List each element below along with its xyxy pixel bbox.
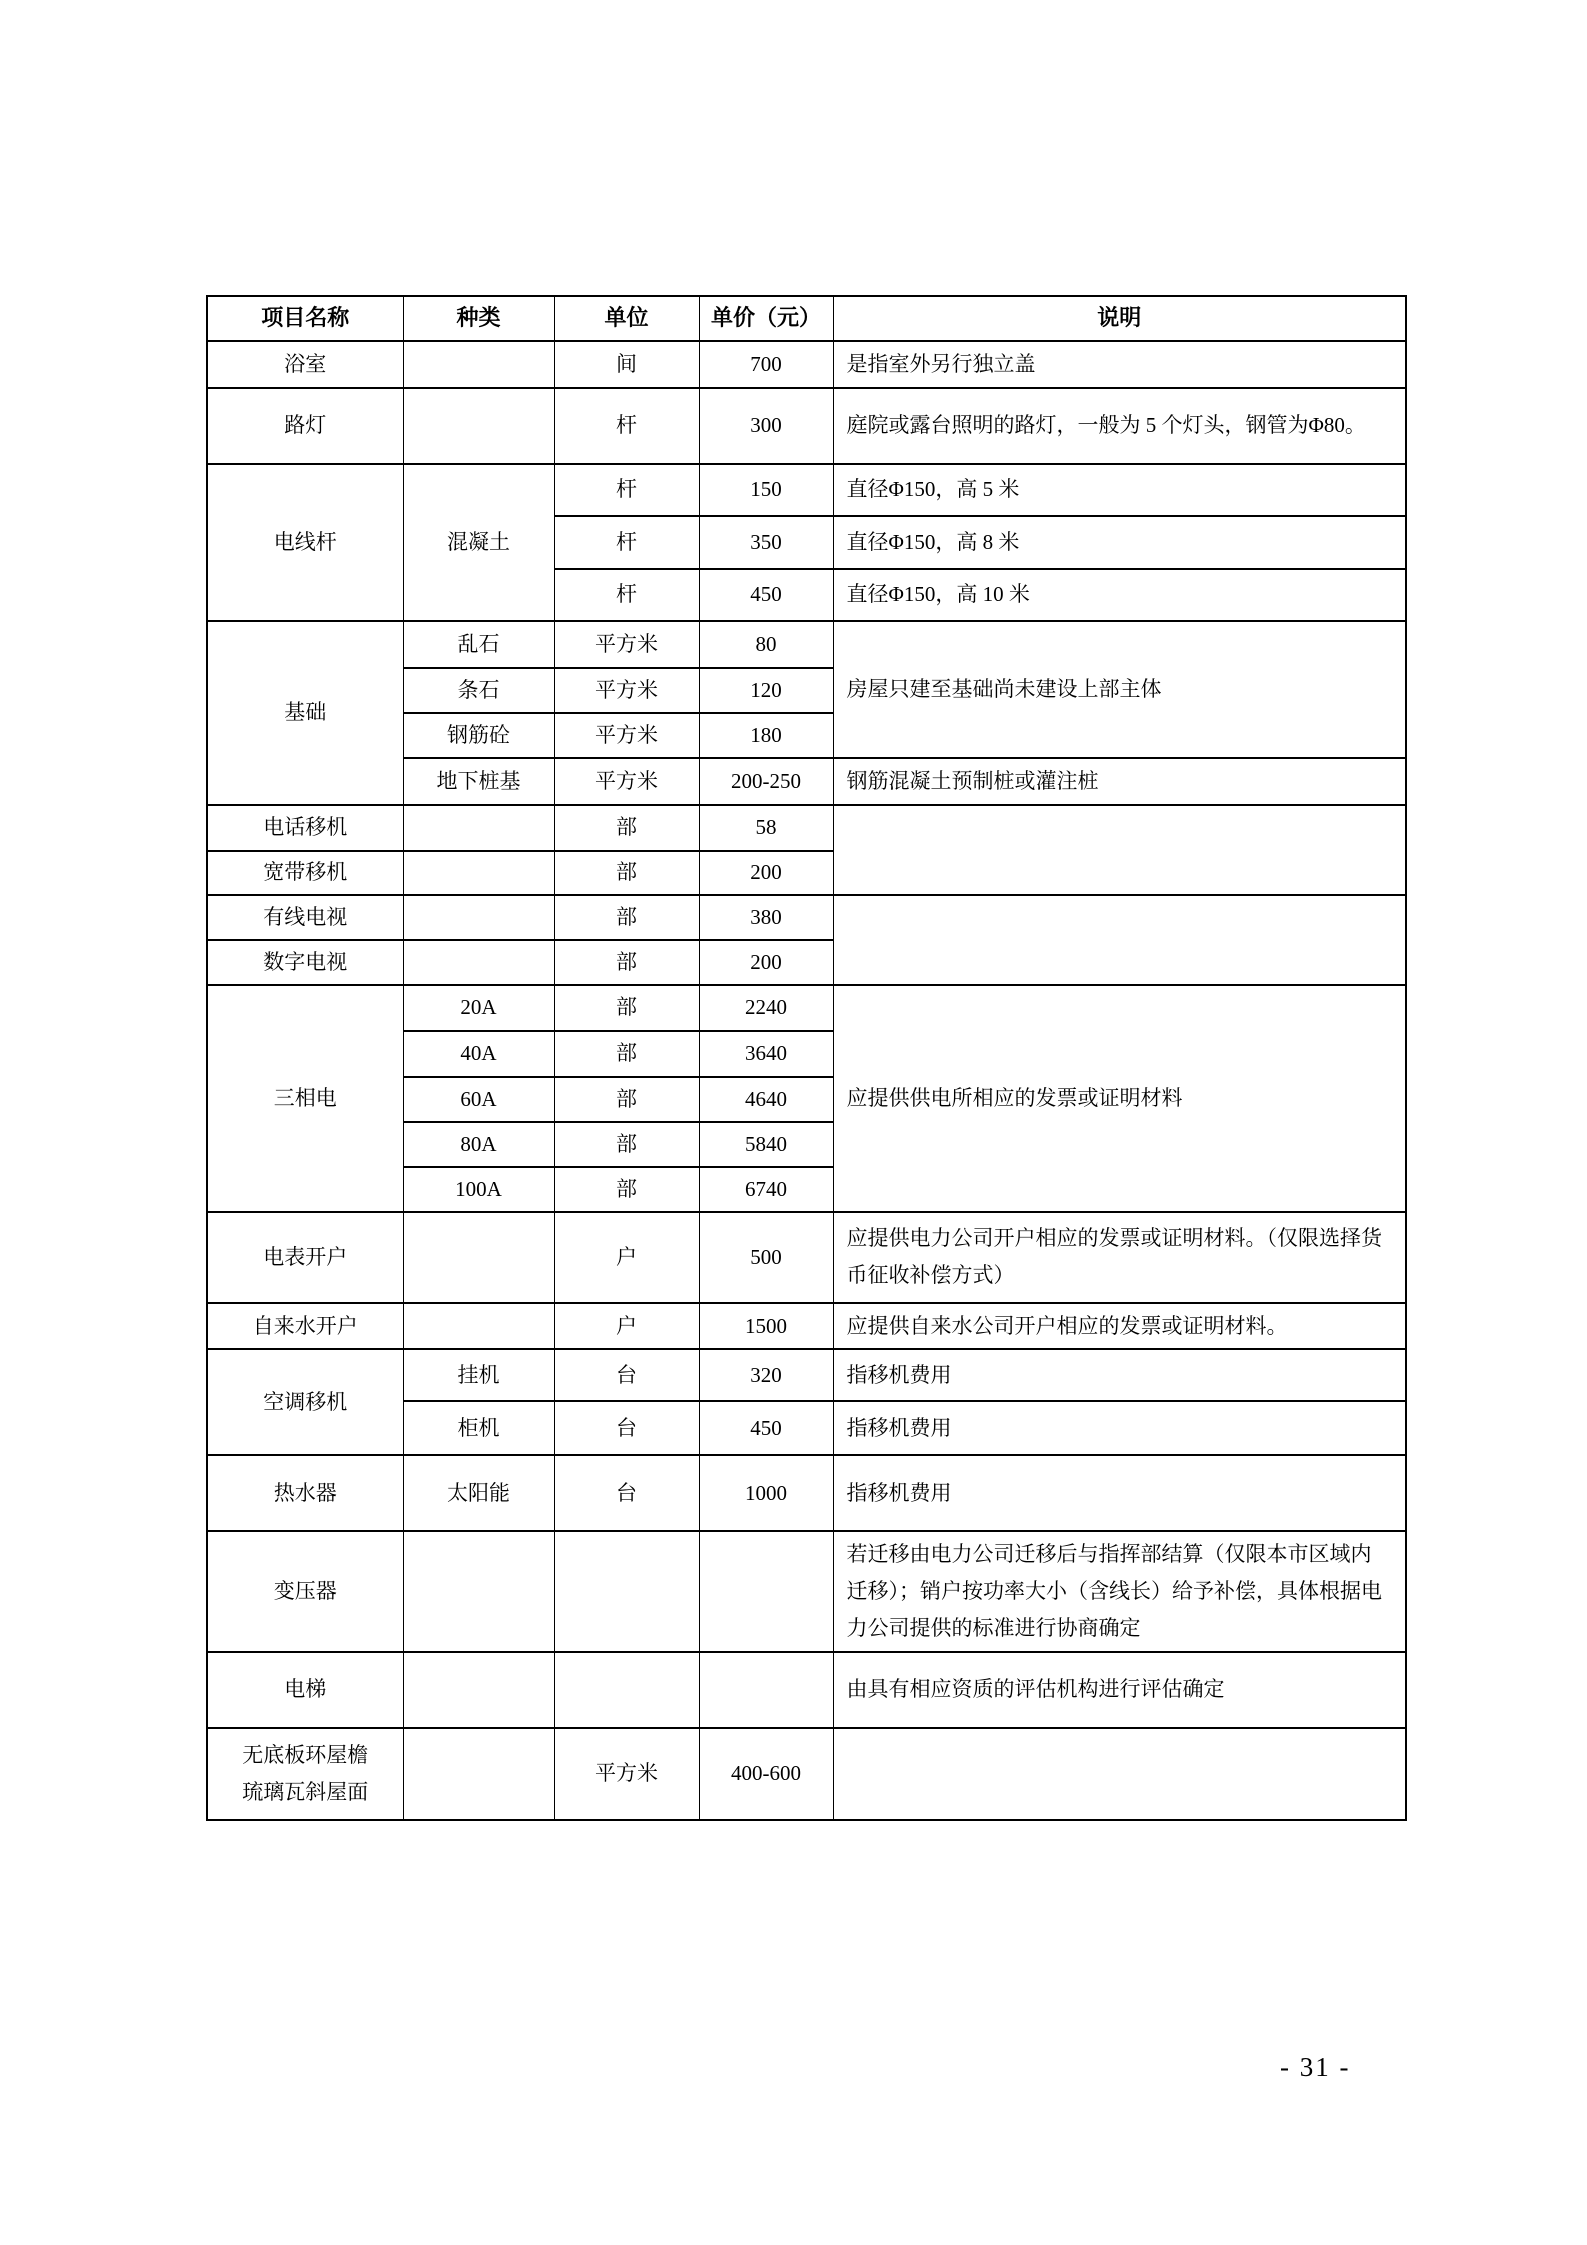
price-table-head: 项目名称 种类 单位 单价（元） 说明: [207, 296, 1406, 341]
table-cell: 宽带移机: [207, 851, 403, 895]
table-cell: 浴室: [207, 341, 403, 388]
table-cell: 由具有相应资质的评估机构进行评估确定: [833, 1652, 1406, 1728]
table-cell: 200-250: [699, 758, 833, 805]
table-cell: 杆: [554, 516, 699, 569]
column-header-notes: 说明: [833, 296, 1406, 341]
document-page: 项目名称 种类 单位 单价（元） 说明 浴室间700是指室外另行独立盖路灯杆30…: [0, 0, 1587, 2245]
table-cell: 部: [554, 985, 699, 1031]
price-table: 项目名称 种类 单位 单价（元） 说明 浴室间700是指室外另行独立盖路灯杆30…: [206, 295, 1407, 1821]
table-cell: [403, 1303, 554, 1350]
table-cell: 120: [699, 668, 833, 713]
table-cell: 基础: [207, 621, 403, 805]
table-cell: 若迁移由电力公司迁移后与指挥部结算（仅限本市区域内迁移）；销户按功率大小（含线长…: [833, 1531, 1406, 1651]
table-cell: 平方米: [554, 668, 699, 713]
table-cell: 无底板环屋檐琉璃瓦斜屋面: [207, 1728, 403, 1820]
table-cell: 40A: [403, 1031, 554, 1077]
table-cell: 平方米: [554, 758, 699, 805]
table-cell: [403, 851, 554, 895]
column-header-item-name: 项目名称: [207, 296, 403, 341]
table-cell: 路灯: [207, 388, 403, 464]
table-cell: 应提供自来水公司开户相应的发票或证明材料。: [833, 1303, 1406, 1350]
page-number: - 31 -: [1280, 2052, 1350, 2083]
header-row: 项目名称 种类 单位 单价（元） 说明: [207, 296, 1406, 341]
table-cell: 6740: [699, 1167, 833, 1212]
table-cell: 2240: [699, 985, 833, 1031]
table-cell: 自来水开户: [207, 1303, 403, 1350]
table-row: 有线电视部380: [207, 895, 1406, 940]
table-cell: 台: [554, 1349, 699, 1401]
table-cell: 杆: [554, 464, 699, 516]
table-cell: [833, 805, 1406, 895]
table-cell: 1000: [699, 1455, 833, 1531]
table-cell: 钢筋砼: [403, 713, 554, 758]
table-cell: 200: [699, 940, 833, 985]
table-cell: [403, 805, 554, 851]
table-cell: 100A: [403, 1167, 554, 1212]
table-cell: 指移机费用: [833, 1455, 1406, 1531]
table-cell: 平方米: [554, 621, 699, 668]
table-cell: 部: [554, 895, 699, 940]
table-cell: 有线电视: [207, 895, 403, 940]
table-cell: 部: [554, 1031, 699, 1077]
table-cell: 电线杆: [207, 464, 403, 621]
table-cell: 700: [699, 341, 833, 388]
table-cell: 320: [699, 1349, 833, 1401]
table-cell: [403, 940, 554, 985]
table-cell: 指移机费用: [833, 1401, 1406, 1455]
table-cell: 热水器: [207, 1455, 403, 1531]
table-row: 电表开户户500应提供电力公司开户相应的发票或证明材料。（仅限选择货币征收补偿方…: [207, 1212, 1406, 1303]
table-cell: 直径Φ150，高 10 米: [833, 569, 1406, 621]
table-cell: 350: [699, 516, 833, 569]
table-cell: 部: [554, 1122, 699, 1167]
table-cell: 杆: [554, 388, 699, 464]
table-cell: 450: [699, 1401, 833, 1455]
table-cell: 指移机费用: [833, 1349, 1406, 1401]
table-cell: 60A: [403, 1077, 554, 1122]
table-cell: [554, 1531, 699, 1651]
table-row: 自来水开户户1500应提供自来水公司开户相应的发票或证明材料。: [207, 1303, 1406, 1350]
table-cell: 太阳能: [403, 1455, 554, 1531]
table-cell: 混凝土: [403, 464, 554, 621]
table-cell: 直径Φ150，高 8 米: [833, 516, 1406, 569]
table-cell: 58: [699, 805, 833, 851]
table-cell: [554, 1652, 699, 1728]
table-cell: 平方米: [554, 1728, 699, 1820]
table-cell: 200: [699, 851, 833, 895]
table-cell: 电话移机: [207, 805, 403, 851]
table-cell: 部: [554, 1077, 699, 1122]
table-cell: 户: [554, 1212, 699, 1303]
table-cell: 应提供供电所相应的发票或证明材料: [833, 985, 1406, 1212]
table-cell: [833, 895, 1406, 985]
table-cell: [403, 341, 554, 388]
table-cell: 柜机: [403, 1401, 554, 1455]
table-cell: [403, 1728, 554, 1820]
table-cell: 150: [699, 464, 833, 516]
table-cell: 直径Φ150，高 5 米: [833, 464, 1406, 516]
table-cell: 三相电: [207, 985, 403, 1212]
price-table-body: 浴室间700是指室外另行独立盖路灯杆300庭院或露台照明的路灯，一般为 5 个灯…: [207, 341, 1406, 1820]
table-cell: 电梯: [207, 1652, 403, 1728]
table-cell: 180: [699, 713, 833, 758]
table-row: 路灯杆300庭院或露台照明的路灯，一般为 5 个灯头，钢管为Φ80。: [207, 388, 1406, 464]
table-cell: 空调移机: [207, 1349, 403, 1455]
table-cell: 部: [554, 851, 699, 895]
table-row: 基础乱石平方米80房屋只建至基础尚未建设上部主体: [207, 621, 1406, 668]
table-cell: 80A: [403, 1122, 554, 1167]
table-cell: 户: [554, 1303, 699, 1350]
table-cell: 300: [699, 388, 833, 464]
table-cell: 应提供电力公司开户相应的发票或证明材料。（仅限选择货币征收补偿方式）: [833, 1212, 1406, 1303]
table-cell: 500: [699, 1212, 833, 1303]
table-cell: 部: [554, 1167, 699, 1212]
table-row: 浴室间700是指室外另行独立盖: [207, 341, 1406, 388]
table-cell: 电表开户: [207, 1212, 403, 1303]
table-row: 空调移机挂机台320指移机费用: [207, 1349, 1406, 1401]
table-cell: 450: [699, 569, 833, 621]
table-cell: 数字电视: [207, 940, 403, 985]
table-cell: 地下桩基: [403, 758, 554, 805]
table-cell: 台: [554, 1455, 699, 1531]
table-cell: [403, 1212, 554, 1303]
table-cell: 部: [554, 805, 699, 851]
table-cell: 台: [554, 1401, 699, 1455]
table-cell: [699, 1531, 833, 1651]
table-row: 无底板环屋檐琉璃瓦斜屋面平方米400-600: [207, 1728, 1406, 1820]
table-cell: 乱石: [403, 621, 554, 668]
table-row: 电话移机部58: [207, 805, 1406, 851]
table-cell: 3640: [699, 1031, 833, 1077]
table-row: 电梯由具有相应资质的评估机构进行评估确定: [207, 1652, 1406, 1728]
table-cell: 钢筋混凝土预制桩或灌注桩: [833, 758, 1406, 805]
table-cell: 400-600: [699, 1728, 833, 1820]
table-cell: 5840: [699, 1122, 833, 1167]
table-cell: 变压器: [207, 1531, 403, 1651]
table-cell: 380: [699, 895, 833, 940]
table-row: 变压器若迁移由电力公司迁移后与指挥部结算（仅限本市区域内迁移）；销户按功率大小（…: [207, 1531, 1406, 1651]
table-cell: 部: [554, 940, 699, 985]
table-cell: 20A: [403, 985, 554, 1031]
table-row: 热水器太阳能台1000指移机费用: [207, 1455, 1406, 1531]
table-cell: [403, 895, 554, 940]
table-cell: [833, 1728, 1406, 1820]
column-header-unit-price: 单价（元）: [699, 296, 833, 341]
table-cell: 4640: [699, 1077, 833, 1122]
table-row: 三相电20A部2240应提供供电所相应的发票或证明材料: [207, 985, 1406, 1031]
column-header-unit: 单位: [554, 296, 699, 341]
table-cell: 间: [554, 341, 699, 388]
table-cell: 是指室外另行独立盖: [833, 341, 1406, 388]
table-cell: 80: [699, 621, 833, 668]
table-cell: [403, 388, 554, 464]
column-header-category: 种类: [403, 296, 554, 341]
table-cell: 平方米: [554, 713, 699, 758]
table-cell: [699, 1652, 833, 1728]
table-cell: 杆: [554, 569, 699, 621]
table-cell: 房屋只建至基础尚未建设上部主体: [833, 621, 1406, 758]
table-cell: 挂机: [403, 1349, 554, 1401]
table-cell: [403, 1652, 554, 1728]
table-cell: 庭院或露台照明的路灯，一般为 5 个灯头，钢管为Φ80。: [833, 388, 1406, 464]
table-row: 电线杆混凝土杆150直径Φ150，高 5 米: [207, 464, 1406, 516]
table-cell: [403, 1531, 554, 1651]
table-cell: 1500: [699, 1303, 833, 1350]
table-cell: 条石: [403, 668, 554, 713]
